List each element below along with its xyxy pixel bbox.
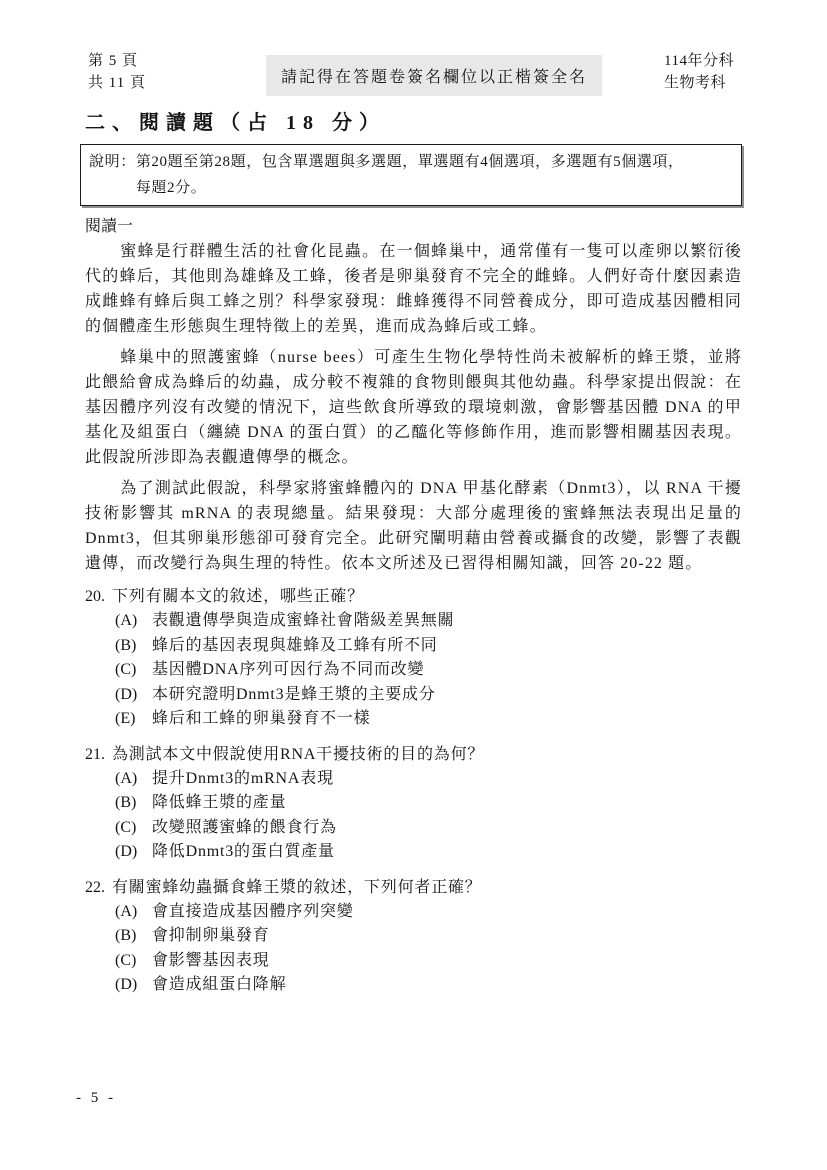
option-text: 會抑制卵巢發育 xyxy=(152,924,270,949)
option-label: (B) xyxy=(115,634,152,659)
question-22-head: 22. 有關蜜蜂幼蟲攝食蜂王漿的敘述，下列何者正確？ xyxy=(85,875,742,900)
question-21-options: (A) 提升Dnmt3的mRNA表現 (B) 降低蜂王漿的產量 (C) 改變照護… xyxy=(115,767,742,865)
option-text: 蜂后的基因表現與雄蜂及工蜂有所不同 xyxy=(152,634,438,659)
page-number-current: 第 5 頁 xyxy=(88,50,146,72)
option-text: 本研究證明Dnmt3是蜂王漿的主要成分 xyxy=(152,683,436,708)
option-20-b: (B) 蜂后的基因表現與雄蜂及工蜂有所不同 xyxy=(115,634,742,659)
exam-page: 第 5 頁 共 11 頁 請記得在答題卷簽名欄位以正楷簽全名 114年分科 生物… xyxy=(0,0,827,1170)
signature-reminder-banner: 請記得在答題卷簽名欄位以正楷簽全名 xyxy=(266,55,602,96)
page-number-total: 共 11 頁 xyxy=(88,72,146,94)
option-label: (E) xyxy=(115,707,152,732)
option-21-b: (B) 降低蜂王漿的產量 xyxy=(115,791,742,816)
option-label: (B) xyxy=(115,791,152,816)
question-text: 為測試本文中假說使用RNA干擾技術的目的為何？ xyxy=(112,742,484,767)
option-22-c: (C) 會影響基因表現 xyxy=(115,949,742,974)
question-22-options: (A) 會直接造成基因體序列突變 (B) 會抑制卵巢發育 (C) 會影響基因表現… xyxy=(115,900,742,998)
instruction-line: 每題2分。 xyxy=(136,175,733,201)
question-20-options: (A) 表觀遺傳學與造成蜜蜂社會階級差異無關 (B) 蜂后的基因表現與雄蜂及工蜂… xyxy=(115,609,742,732)
page-content: 二、閱讀題（占 18 分） 說明： 第20題至第28題，包含單選題與多選題，單選… xyxy=(85,110,742,998)
option-text: 會造成組蛋白降解 xyxy=(152,973,286,998)
question-number: 20. xyxy=(85,584,112,609)
passage-paragraph-1: 蜜蜂是行群體生活的社會化昆蟲。在一個蜂巢中，通常僅有一隻可以產卵以繁衍後代的蜂后… xyxy=(85,239,742,339)
passage-paragraph-3: 為了測試此假說，科學家將蜜蜂體內的 DNA 甲基化酵素（Dnmt3），以 RNA… xyxy=(85,476,742,576)
exam-year-label: 114年分科 xyxy=(664,50,734,72)
question-21-head: 21. 為測試本文中假說使用RNA干擾技術的目的為何？ xyxy=(85,742,742,767)
instruction-text: 第20題至第28題，包含單選題與多選題，單選題有4個選項，多選題有5個選項， 每… xyxy=(136,149,733,201)
option-20-d: (D) 本研究證明Dnmt3是蜂王漿的主要成分 xyxy=(115,683,742,708)
option-label: (B) xyxy=(115,924,152,949)
exam-info-block: 114年分科 生物考科 xyxy=(664,50,734,94)
option-label: (D) xyxy=(115,840,152,865)
exam-subject-label: 生物考科 xyxy=(664,72,734,94)
option-label: (A) xyxy=(115,900,152,925)
reading-passage: 閱讀一 蜜蜂是行群體生活的社會化昆蟲。在一個蜂巢中，通常僅有一隻可以產卵以繁衍後… xyxy=(85,214,742,576)
instruction-box: 說明： 第20題至第28題，包含單選題與多選題，單選題有4個選項，多選題有5個選… xyxy=(80,144,742,206)
option-label: (A) xyxy=(115,609,152,634)
question-number: 21. xyxy=(85,742,112,767)
footer-page-number: - 5 - xyxy=(76,1090,116,1107)
option-text: 會影響基因表現 xyxy=(152,949,270,974)
option-label: (A) xyxy=(115,767,152,792)
option-20-a: (A) 表觀遺傳學與造成蜜蜂社會階級差異無關 xyxy=(115,609,742,634)
question-22: 22. 有關蜜蜂幼蟲攝食蜂王漿的敘述，下列何者正確？ (A) 會直接造成基因體序… xyxy=(85,875,742,998)
option-text: 會直接造成基因體序列突變 xyxy=(152,900,354,925)
option-22-b: (B) 會抑制卵巢發育 xyxy=(115,924,742,949)
question-number: 22. xyxy=(85,875,112,900)
option-text: 降低Dnmt3的蛋白質產量 xyxy=(152,840,335,865)
option-text: 提升Dnmt3的mRNA表現 xyxy=(152,767,334,792)
option-label: (D) xyxy=(115,973,152,998)
option-20-e: (E) 蜂后和工蜂的卵巢發育不一樣 xyxy=(115,707,742,732)
question-text: 有關蜜蜂幼蟲攝食蜂王漿的敘述，下列何者正確？ xyxy=(112,875,482,900)
option-label: (D) xyxy=(115,683,152,708)
option-label: (C) xyxy=(115,658,152,683)
option-text: 基因體DNA序列可因行為不同而改變 xyxy=(152,658,424,683)
option-21-c: (C) 改變照護蜜蜂的餵食行為 xyxy=(115,816,742,841)
option-22-a: (A) 會直接造成基因體序列突變 xyxy=(115,900,742,925)
option-label: (C) xyxy=(115,816,152,841)
question-text: 下列有關本文的敘述，哪些正確？ xyxy=(112,584,364,609)
question-21: 21. 為測試本文中假說使用RNA干擾技術的目的為何？ (A) 提升Dnmt3的… xyxy=(85,742,742,865)
option-text: 改變照護蜜蜂的餵食行為 xyxy=(152,816,337,841)
section-title: 二、閱讀題（占 18 分） xyxy=(85,110,742,136)
option-label: (C) xyxy=(115,949,152,974)
question-20-head: 20. 下列有關本文的敘述，哪些正確？ xyxy=(85,584,742,609)
option-21-a: (A) 提升Dnmt3的mRNA表現 xyxy=(115,767,742,792)
option-22-d: (D) 會造成組蛋白降解 xyxy=(115,973,742,998)
passage-paragraph-2: 蜂巢中的照護蜜蜂（nurse bees）可產生生物化學特性尚未被解析的蜂王漿，並… xyxy=(85,345,742,470)
option-text: 表觀遺傳學與造成蜜蜂社會階級差異無關 xyxy=(152,609,454,634)
instruction-label: 說明： xyxy=(89,149,136,201)
instruction-line: 第20題至第28題，包含單選題與多選題，單選題有4個選項，多選題有5個選項， xyxy=(136,149,733,175)
option-text: 蜂后和工蜂的卵巢發育不一樣 xyxy=(152,707,370,732)
question-20: 20. 下列有關本文的敘述，哪些正確？ (A) 表觀遺傳學與造成蜜蜂社會階級差異… xyxy=(85,584,742,732)
option-20-c: (C) 基因體DNA序列可因行為不同而改變 xyxy=(115,658,742,683)
page-count-block: 第 5 頁 共 11 頁 xyxy=(88,50,146,94)
option-21-d: (D) 降低Dnmt3的蛋白質產量 xyxy=(115,840,742,865)
passage-label: 閱讀一 xyxy=(85,214,742,239)
option-text: 降低蜂王漿的產量 xyxy=(152,791,286,816)
